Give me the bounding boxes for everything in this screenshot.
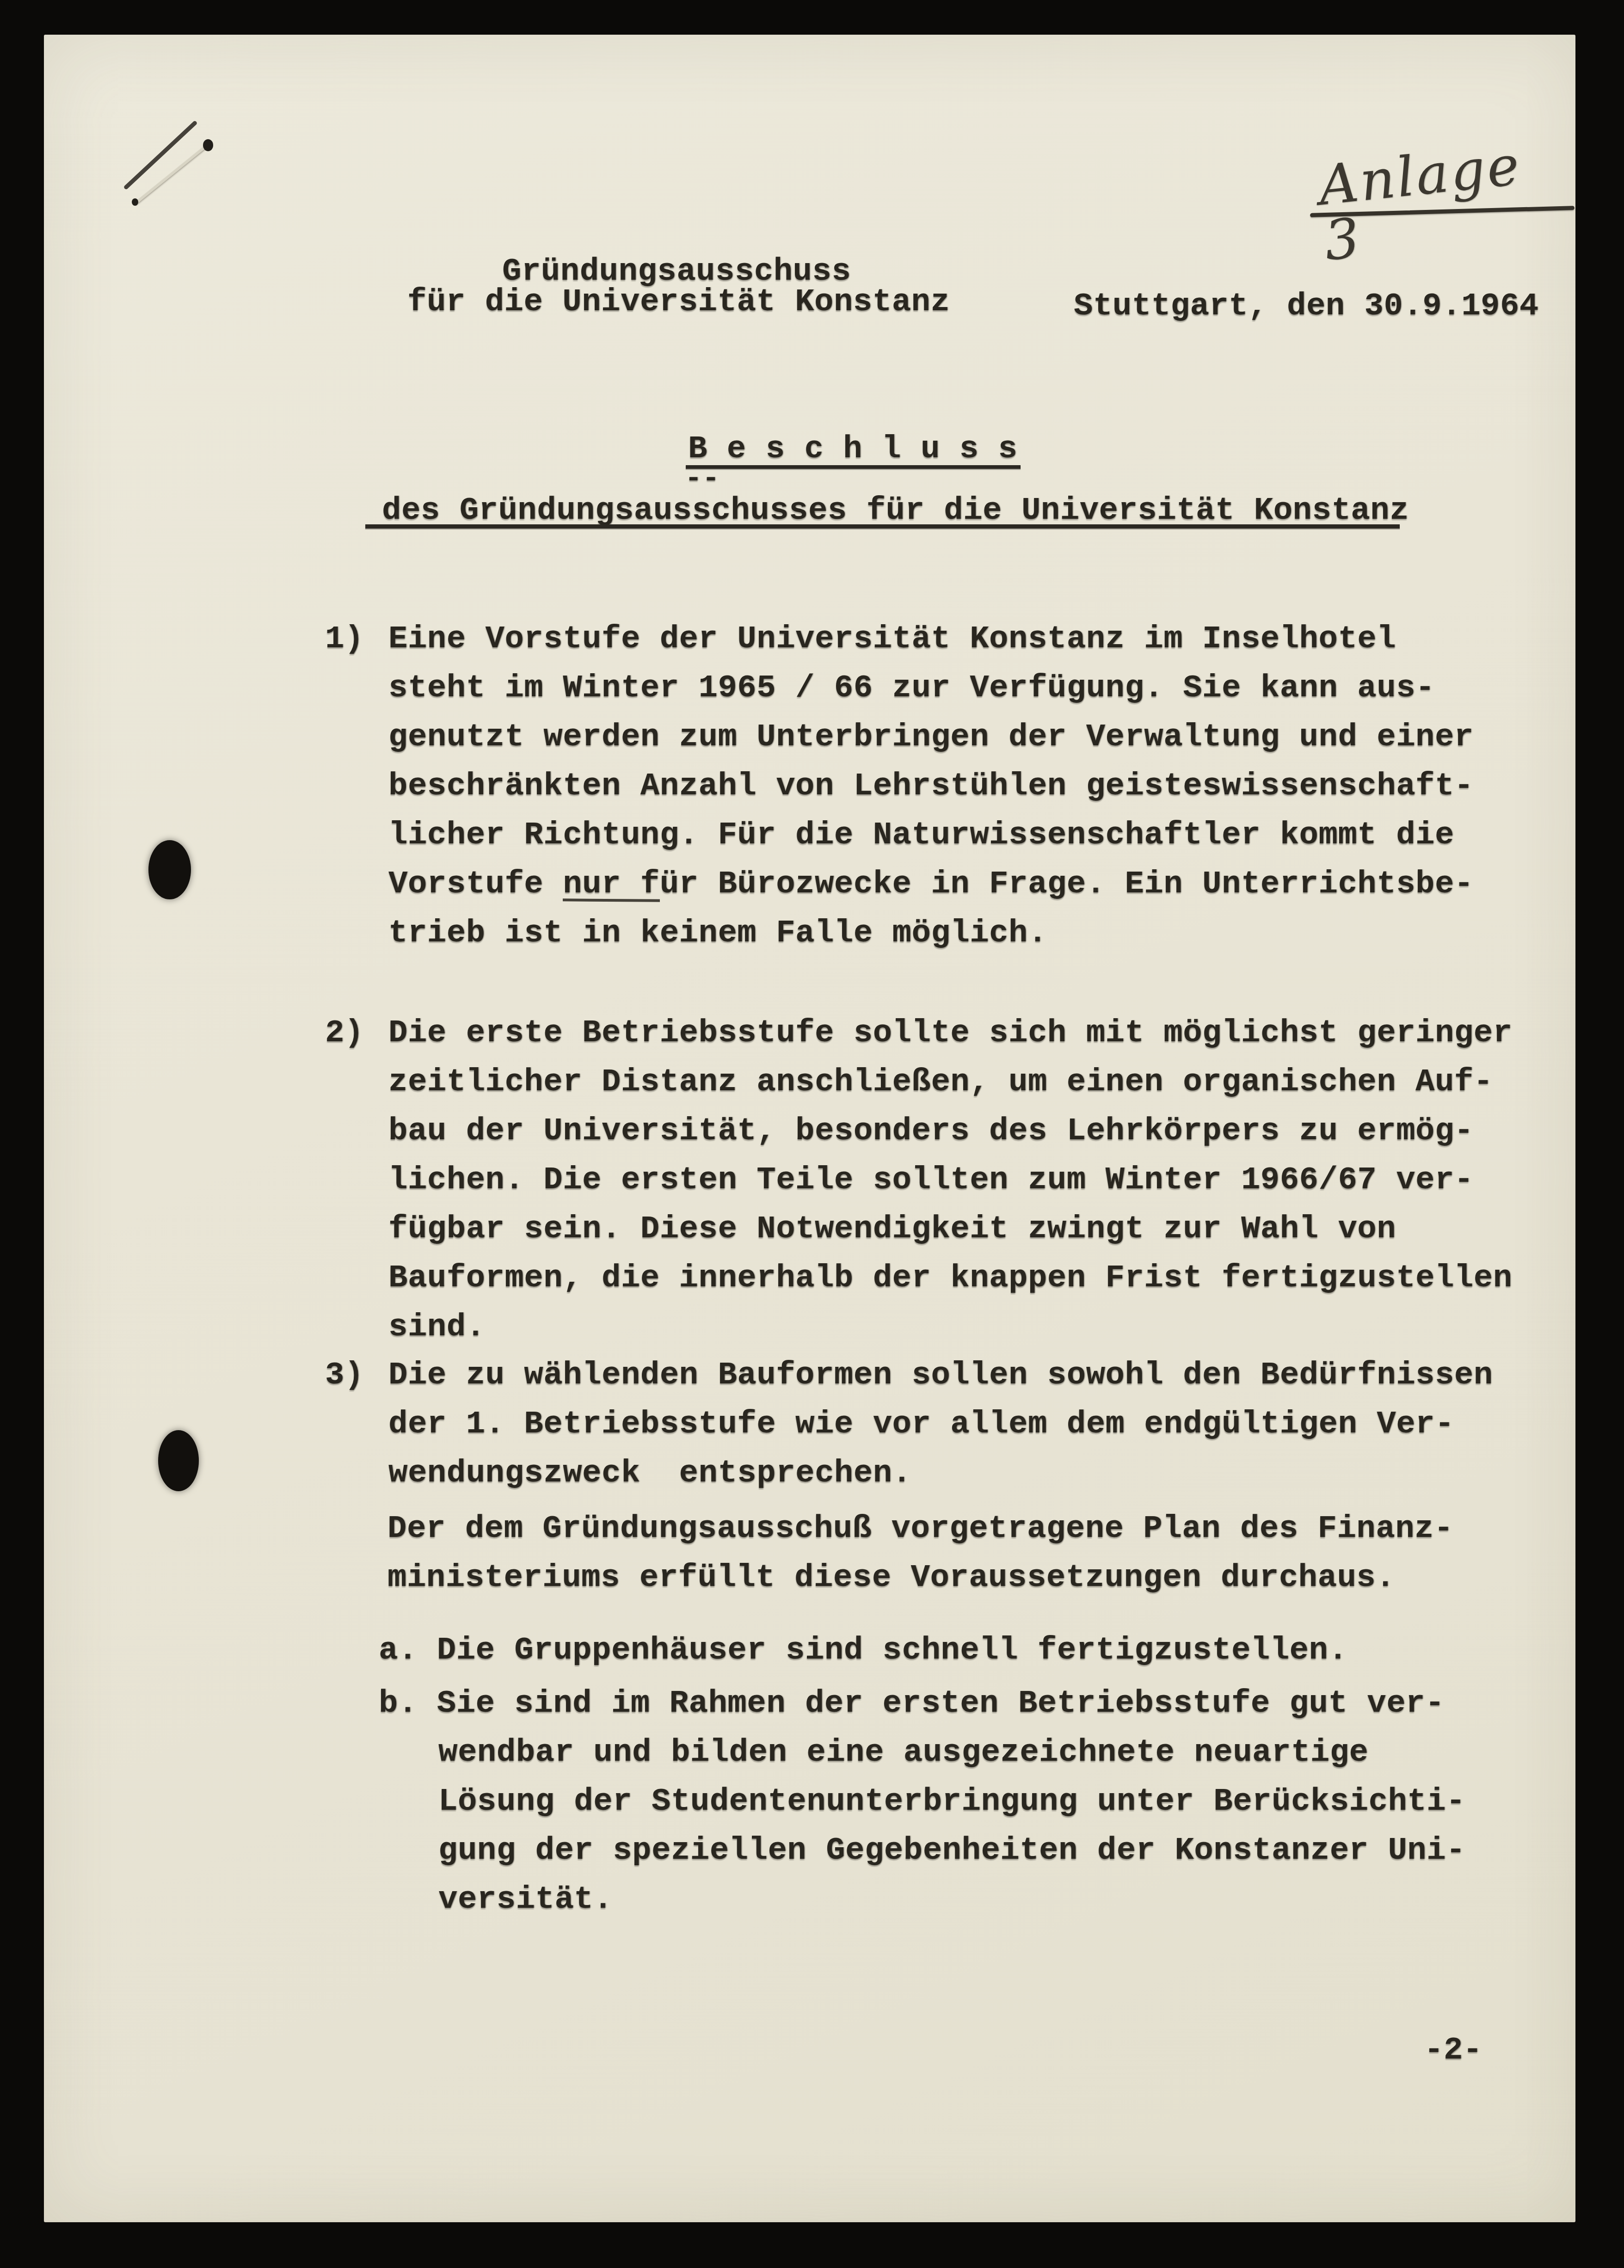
typed-line: wendungszweck entsprechen. xyxy=(388,1457,911,1489)
punch-hole xyxy=(158,1430,199,1491)
sub-item-b: b. Sie sind im Rahmen der ersten Betrieb… xyxy=(379,1688,1445,1720)
typed-line: Lösung der Studentenunterbringung unter … xyxy=(438,1786,1465,1818)
scan-background: { "annotation": { "text": "Anlage 3" }, … xyxy=(0,0,1624,2268)
typed-line: Die erste Betriebsstufe sollte sich mit … xyxy=(388,1017,1513,1049)
typed-line: ministeriums erfüllt diese Voraussetzung… xyxy=(388,1562,1395,1594)
typed-line: der 1. Betriebsstufe wie vor allem dem e… xyxy=(388,1408,1454,1440)
document-title: B e s c h l u s s xyxy=(688,433,1017,465)
dateline: Stuttgart, den 30.9.1964 xyxy=(1074,290,1539,322)
typed-line: zeitlicher Distanz anschließen, um einen… xyxy=(388,1066,1493,1098)
list-number: 3) xyxy=(325,1359,364,1391)
page-number: -2- xyxy=(1424,2034,1483,2066)
org-name-line1: Gründungsausschuss xyxy=(502,256,851,288)
typed-line: wendbar und bilden eine ausgezeichnete n… xyxy=(438,1737,1369,1769)
subtitle-underline xyxy=(365,524,1400,529)
typed-line: beschränkten Anzahl von Lehrstühlen geis… xyxy=(388,770,1474,802)
title-underline xyxy=(686,465,1021,469)
sub-item-a: a. Die Gruppenhäuser sind schnell fertig… xyxy=(379,1635,1347,1666)
typed-line: licher Richtung. Für die Naturwissenscha… xyxy=(388,819,1454,851)
typed-line: Bauformen, die innerhalb der knappen Fri… xyxy=(388,1262,1513,1294)
typed-line: Der dem Gründungsausschuß vorgetragene P… xyxy=(388,1513,1453,1545)
document-page: Anlage 3 Gründungsausschuss für die Univ… xyxy=(44,35,1575,2222)
typed-line: gung der speziellen Gegebenheiten der Ko… xyxy=(438,1835,1465,1867)
document-subtitle: des Gründungsausschusses für die Univers… xyxy=(382,495,1409,527)
handwritten-annotation: Anlage 3 xyxy=(1316,132,1581,269)
staple-scratch-mark xyxy=(134,141,212,205)
org-name-line2: für die Universität Konstanz xyxy=(407,286,950,318)
typed-line: Eine Vorstufe der Universität Konstanz i… xyxy=(388,623,1396,655)
typed-line: bau der Universität, besonders des Lehrk… xyxy=(388,1115,1474,1147)
typed-line: Die zu wählenden Bauformen sollen sowohl… xyxy=(388,1359,1493,1391)
list-number: 2) xyxy=(325,1017,364,1049)
pencil-stroke-mark xyxy=(123,120,197,190)
typed-line: genutzt werden zum Unterbringen der Verw… xyxy=(388,721,1474,753)
punch-hole xyxy=(148,840,191,899)
staple-hole-dot xyxy=(132,198,138,206)
typed-line: sind. xyxy=(388,1311,486,1343)
title-dash-mark: -- xyxy=(685,462,720,494)
staple-hole-dot xyxy=(203,139,213,151)
typed-line: steht im Winter 1965 / 66 zur Verfügung.… xyxy=(388,672,1435,704)
list-number: 1) xyxy=(325,623,364,655)
typed-line: lichen. Die ersten Teile sollten zum Win… xyxy=(388,1164,1474,1196)
typed-line: fügbar sein. Diese Notwendigkeit zwingt … xyxy=(388,1213,1396,1245)
typed-line: Vorstufe nur für Bürozwecke in Frage. Ei… xyxy=(388,868,1474,900)
typed-line: versität. xyxy=(438,1884,613,1916)
typed-line: trieb ist in keinem Falle möglich. xyxy=(388,917,1047,949)
